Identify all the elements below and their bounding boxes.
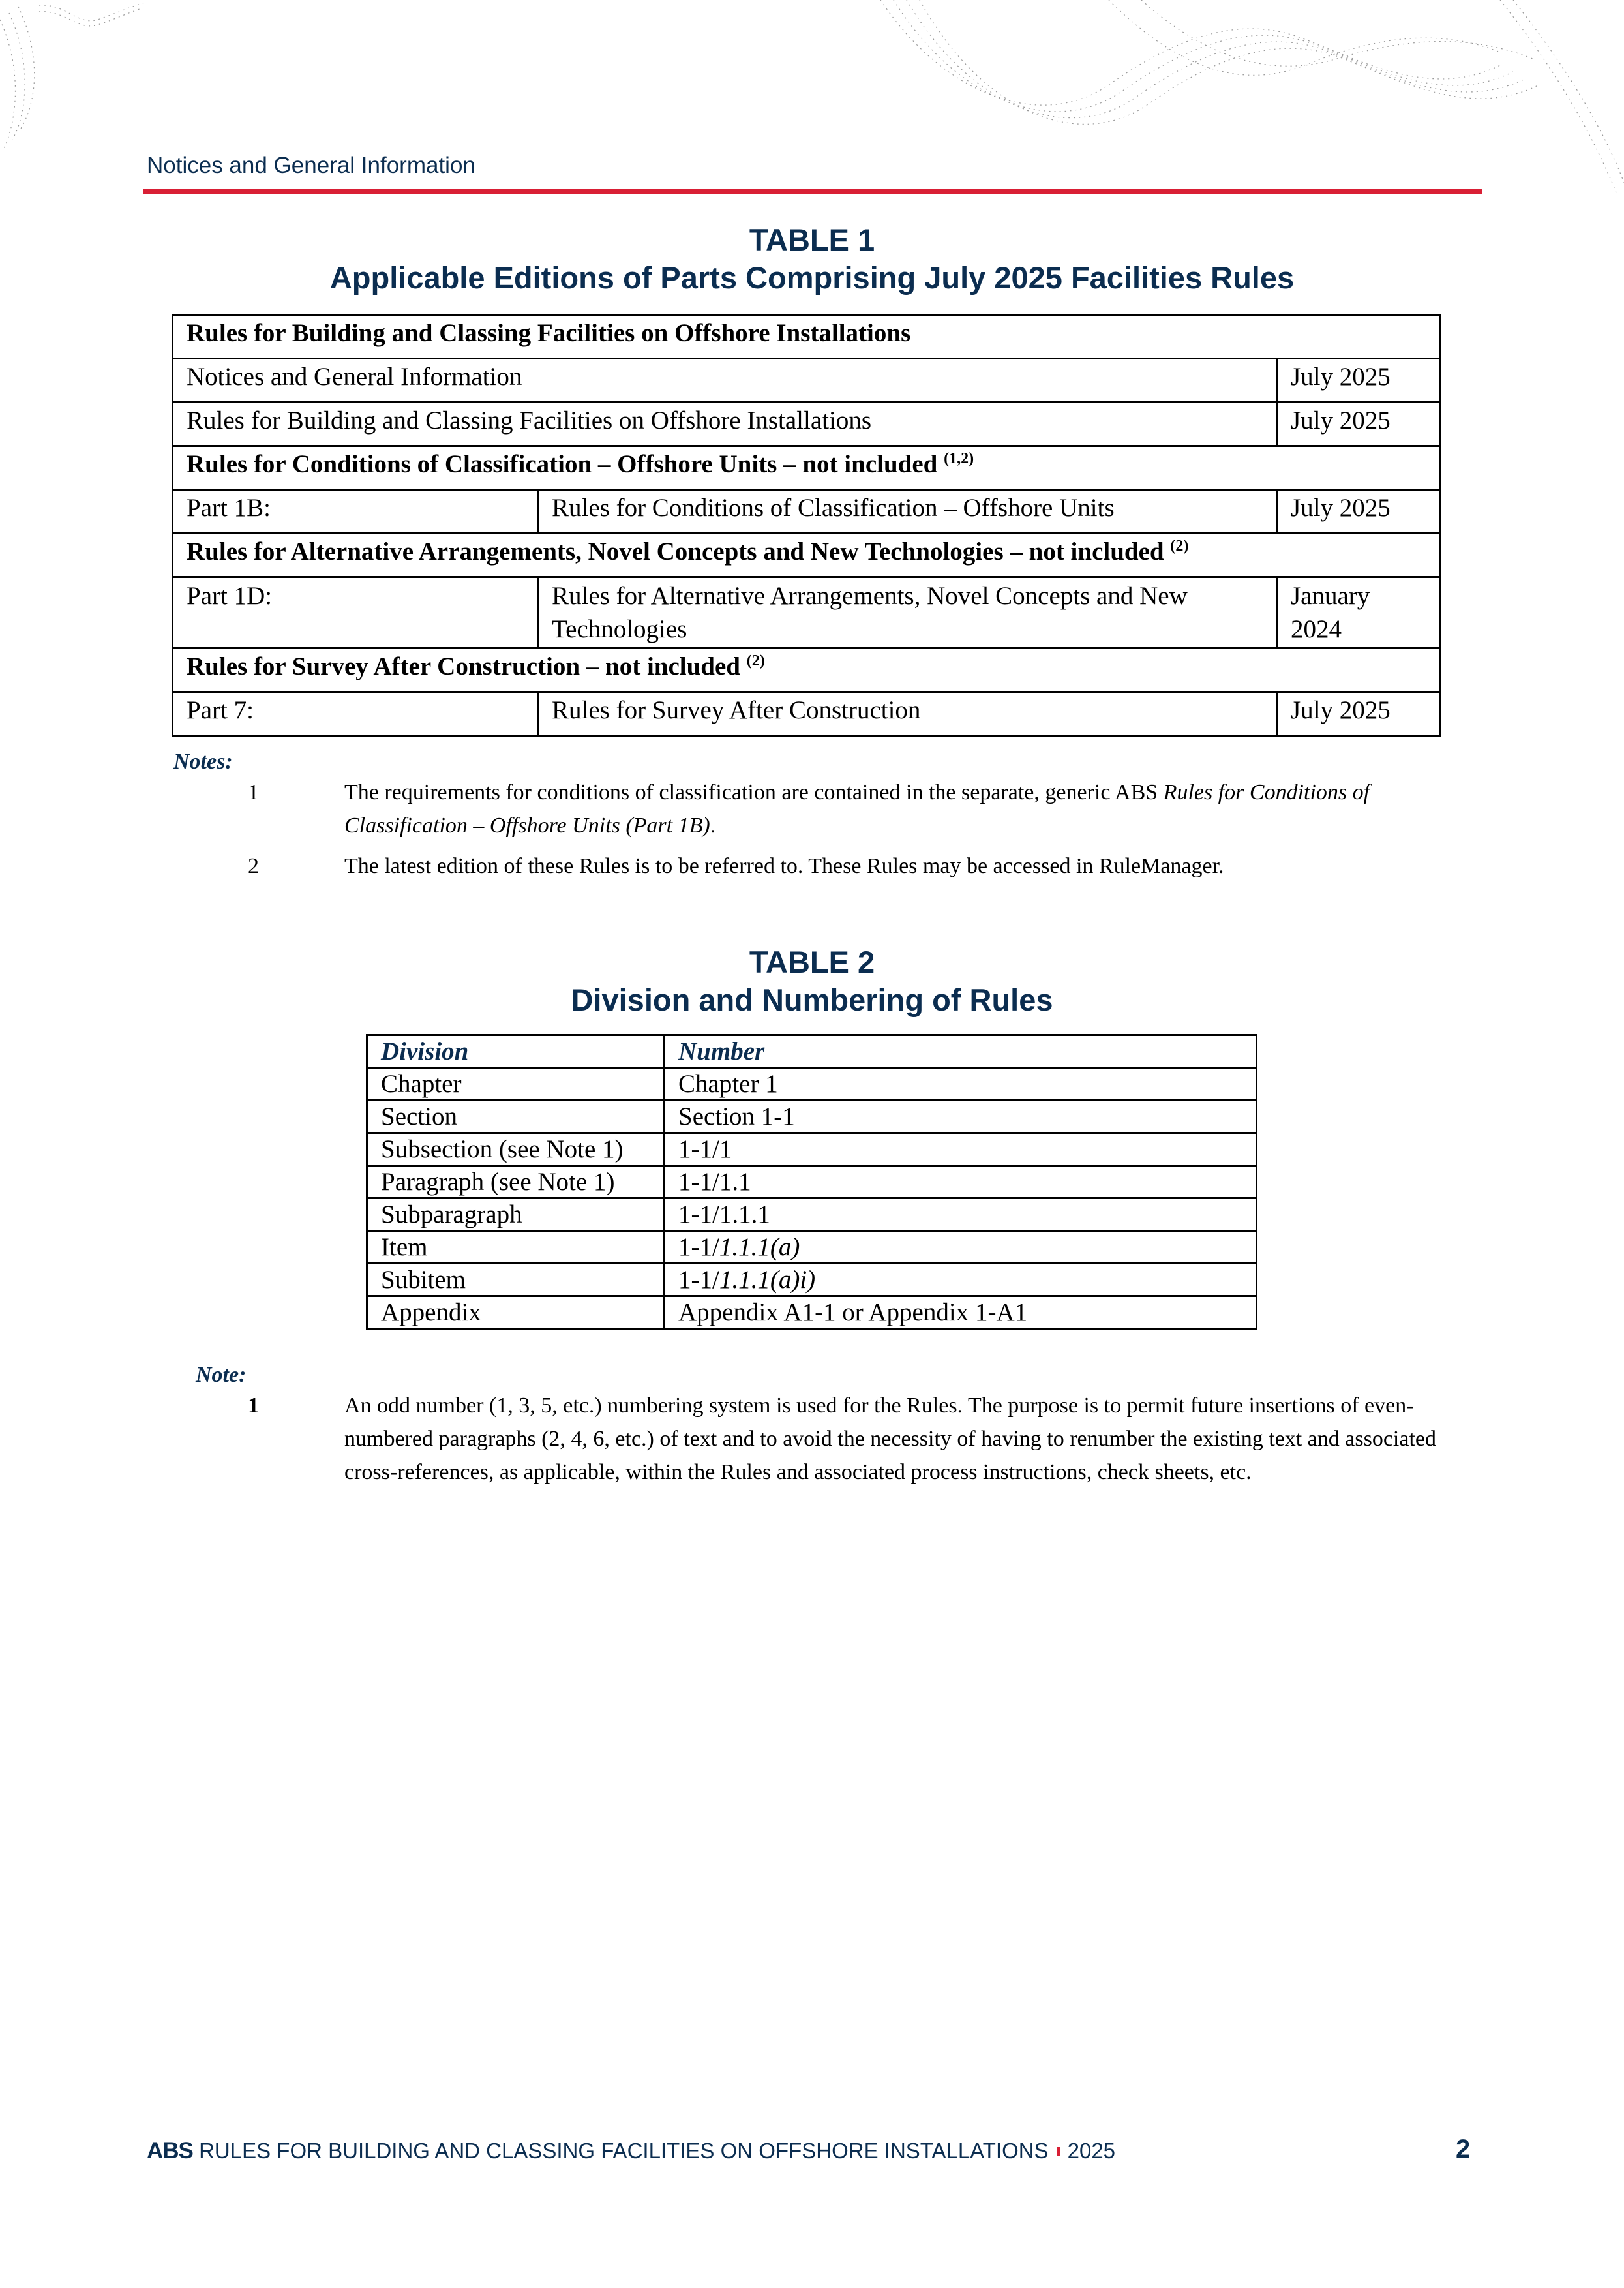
number-cell: 1-1/1.1 bbox=[665, 1166, 1257, 1198]
table1-applicable-editions: Rules for Building and Classing Faciliti… bbox=[172, 314, 1441, 737]
table1-group-heading: Rules for Conditions of Classification –… bbox=[173, 446, 1440, 490]
page-number: 2 bbox=[1456, 2135, 1470, 2164]
table1-note-2: 2 The latest edition of these Rules is t… bbox=[183, 849, 1481, 883]
table-row: Subitem1-1/1.1.1(a)i) bbox=[367, 1264, 1257, 1296]
footer-title: RULES FOR BUILDING AND CLASSING FACILITI… bbox=[199, 2139, 1049, 2163]
table1-caption-number: TABLE 1 bbox=[0, 222, 1624, 258]
table1-group-heading: Rules for Alternative Arrangements, Nove… bbox=[173, 534, 1440, 577]
table2-caption-title: Division and Numbering of Rules bbox=[0, 982, 1624, 1018]
table-row: AppendixAppendix A1-1 or Appendix 1-A1 bbox=[367, 1296, 1257, 1329]
number-cell: 1-1/1.1.1 bbox=[665, 1198, 1257, 1231]
division-cell: Paragraph (see Note 1) bbox=[367, 1166, 665, 1198]
table1-group-heading: Rules for Survey After Construction – no… bbox=[173, 648, 1440, 692]
table1-note-1: 1 The requirements for conditions of cla… bbox=[183, 776, 1481, 842]
page-footer: ABS RULES FOR BUILDING AND CLASSING FACI… bbox=[147, 2138, 1115, 2164]
abs-logo-text: ABS bbox=[147, 2138, 193, 2163]
number-cell: Appendix A1-1 or Appendix 1-A1 bbox=[665, 1296, 1257, 1329]
footer-year: 2025 bbox=[1068, 2139, 1115, 2163]
division-cell: Item bbox=[367, 1231, 665, 1264]
table2-division-numbering: Division Number ChapterChapter 1SectionS… bbox=[366, 1034, 1257, 1330]
running-head: Notices and General Information bbox=[147, 153, 475, 179]
table2-header-row: Division Number bbox=[367, 1035, 1257, 1068]
number-cell: 1-1/1.1.1(a)i) bbox=[665, 1264, 1257, 1296]
division-cell: Chapter bbox=[367, 1068, 665, 1101]
table-row: Subparagraph1-1/1.1.1 bbox=[367, 1198, 1257, 1231]
table-row: Part 1B: Rules for Conditions of Classif… bbox=[173, 490, 1440, 534]
column-header-division: Division bbox=[367, 1035, 665, 1068]
table1-caption-title: Applicable Editions of Parts Comprising … bbox=[0, 260, 1624, 296]
division-cell: Subparagraph bbox=[367, 1198, 665, 1231]
table-row: ChapterChapter 1 bbox=[367, 1068, 1257, 1101]
table-row: Rules for Building and Classing Faciliti… bbox=[173, 403, 1440, 446]
table-row: Subsection (see Note 1)1-1/1 bbox=[367, 1133, 1257, 1166]
division-cell: Appendix bbox=[367, 1296, 665, 1329]
table2-caption-number: TABLE 2 bbox=[0, 944, 1624, 980]
division-cell: Section bbox=[367, 1101, 665, 1133]
table-row: Part 1D: Rules for Alternative Arrangeme… bbox=[173, 577, 1440, 648]
column-header-number: Number bbox=[665, 1035, 1257, 1068]
table2-note-1: 1 An odd number (1, 3, 5, etc.) numberin… bbox=[183, 1389, 1481, 1489]
table-row: Part 7: Rules for Survey After Construct… bbox=[173, 692, 1440, 736]
division-cell: Subitem bbox=[367, 1264, 665, 1296]
number-cell: 1-1/1 bbox=[665, 1133, 1257, 1166]
table-row: SectionSection 1-1 bbox=[367, 1101, 1257, 1133]
footer-separator bbox=[1057, 2147, 1060, 2156]
table2-note-label: Note: bbox=[196, 1363, 246, 1388]
number-cell: Section 1-1 bbox=[665, 1101, 1257, 1133]
number-cell: Chapter 1 bbox=[665, 1068, 1257, 1101]
table-row: Notices and General Information July 202… bbox=[173, 359, 1440, 403]
table1-notes-label: Notes: bbox=[173, 750, 233, 774]
table-row: Paragraph (see Note 1)1-1/1.1 bbox=[367, 1166, 1257, 1198]
division-cell: Subsection (see Note 1) bbox=[367, 1133, 665, 1166]
number-cell: 1-1/1.1.1(a) bbox=[665, 1231, 1257, 1264]
header-rule bbox=[143, 189, 1482, 194]
table-row: Item1-1/1.1.1(a) bbox=[367, 1231, 1257, 1264]
table1-group-heading: Rules for Building and Classing Faciliti… bbox=[173, 315, 1440, 359]
